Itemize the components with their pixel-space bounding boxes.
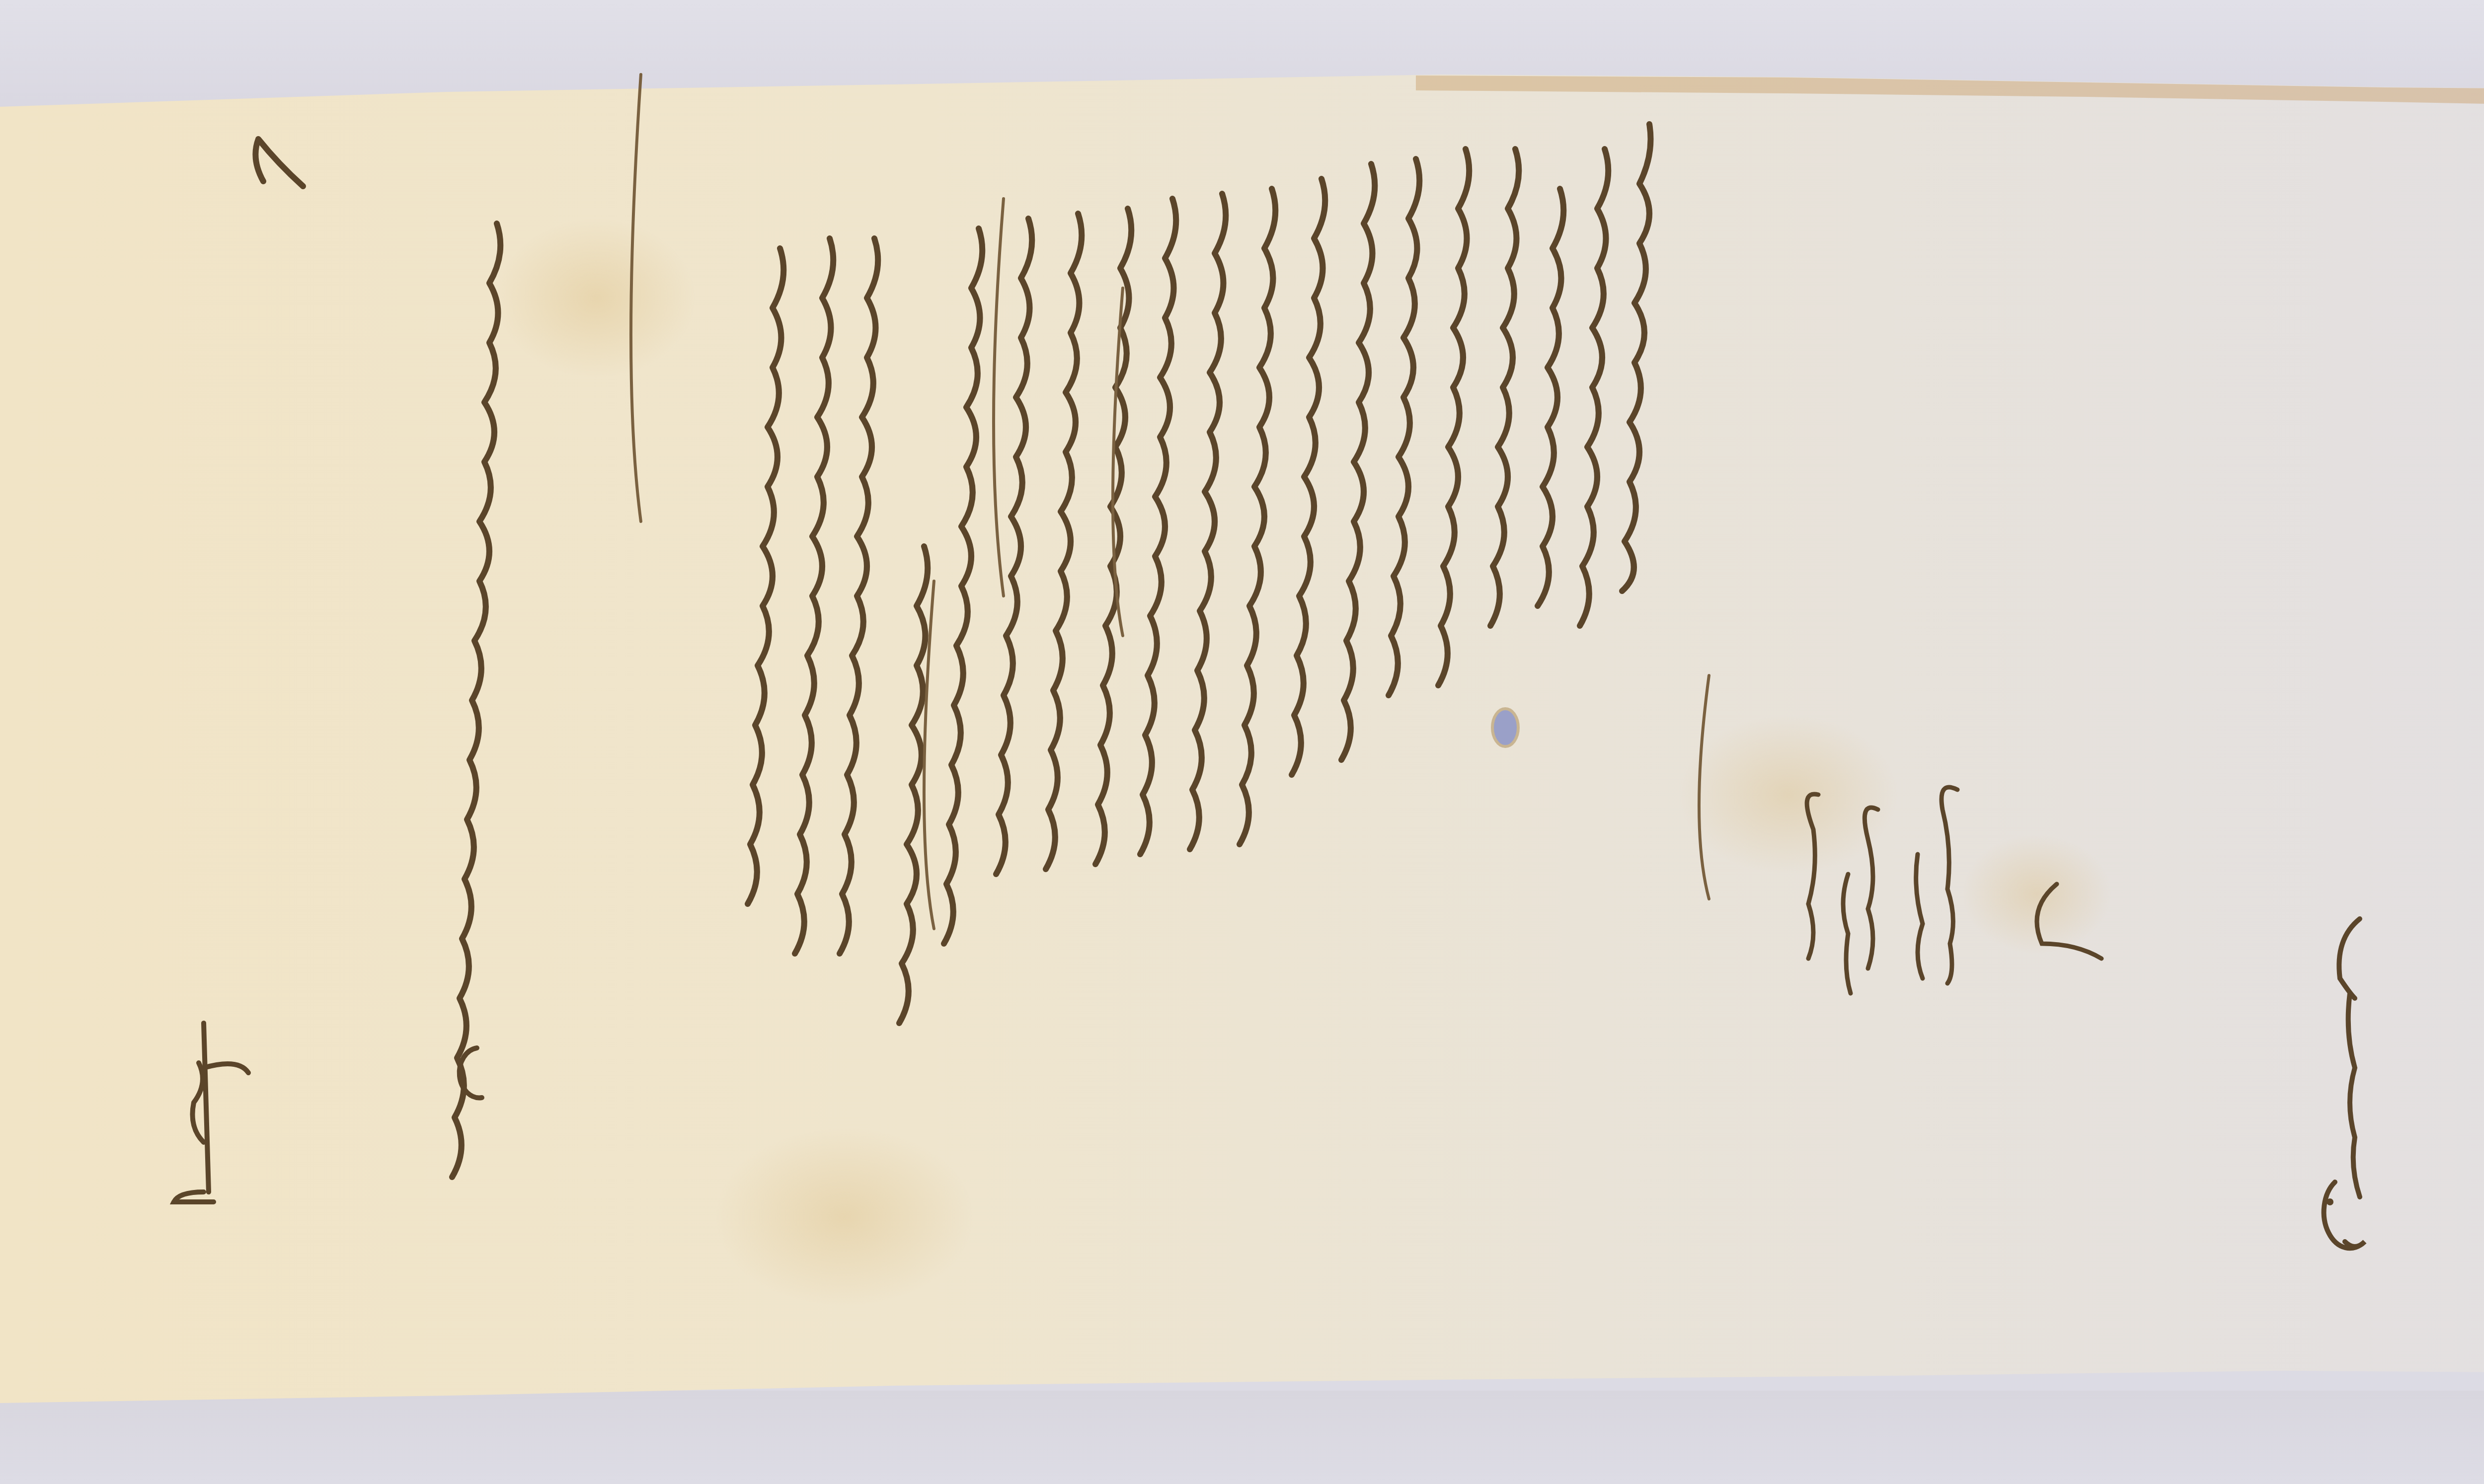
manuscript-sheet: [0, 0, 2484, 1484]
stain: [497, 219, 696, 377]
stain: [715, 1127, 974, 1306]
manuscript-artwork: [0, 0, 2484, 1484]
ink-dot: [2327, 1198, 2333, 1205]
binding-hole: [1492, 709, 1518, 746]
stain: [1679, 715, 1898, 874]
paper: [0, 74, 2484, 1403]
